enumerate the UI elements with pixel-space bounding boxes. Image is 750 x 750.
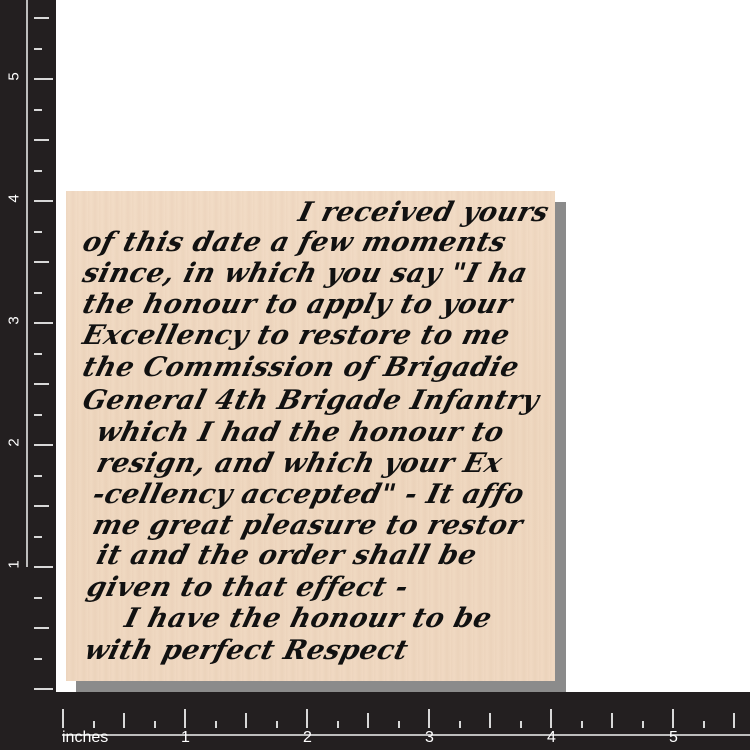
horizontal-ruler-axis [62, 734, 750, 736]
script-line: of this date a few moments [80, 229, 555, 256]
ruler-tick [459, 721, 461, 728]
ruler-tick [34, 200, 53, 202]
ruler-tick [34, 78, 53, 80]
ruler-tick [581, 721, 583, 728]
script-line: the Commission of Brigadie [80, 354, 555, 381]
ruler-tick [34, 231, 42, 233]
wood-stamp-block: I received yours of this date a few mome… [66, 191, 555, 681]
ruler-tick [93, 721, 95, 728]
horizontal-ruler-label: 1 [181, 729, 190, 747]
ruler-tick [34, 566, 53, 568]
ruler-tick [550, 709, 552, 728]
ruler-tick [672, 709, 674, 728]
ruler-tick [34, 414, 42, 416]
script-line: General 4th Brigade Infantry [80, 387, 555, 414]
ruler-tick [642, 721, 644, 728]
ruler-tick [428, 709, 430, 728]
ruler-tick [34, 627, 49, 629]
script-line: with perfect Respect [82, 637, 555, 664]
script-line: given to that effect - [84, 574, 555, 601]
horizontal-ruler-label: 2 [303, 729, 312, 747]
vertical-ruler-axis [26, 0, 28, 567]
ruler-tick [34, 170, 42, 172]
horizontal-ruler: inches 12345 [0, 692, 750, 750]
script-line: since, in which you say "I ha [80, 260, 555, 287]
horizontal-ruler-label: 5 [669, 729, 678, 747]
script-line: I have the honour to be [122, 605, 555, 632]
script-line: which I had the honour to [94, 419, 555, 446]
ruler-tick [306, 709, 308, 728]
ruler-tick [367, 713, 369, 728]
script-line: I received yours [80, 199, 552, 226]
ruler-tick [184, 709, 186, 728]
script-line: the honour to apply to your [80, 291, 555, 318]
ruler-tick [34, 383, 49, 385]
ruler-tick [154, 721, 156, 728]
vertical-ruler-label: 2 [6, 433, 23, 453]
ruler-tick [215, 721, 217, 728]
vertical-ruler: 54321 [0, 0, 56, 692]
ruler-tick [123, 713, 125, 728]
script-line: -cellency accepted" - It affo [90, 481, 555, 508]
ruler-tick [34, 536, 42, 538]
script-line: Excellency to restore to me [80, 322, 555, 349]
vertical-ruler-label: 4 [6, 189, 23, 209]
ruler-tick [489, 713, 491, 728]
ruler-tick [34, 48, 42, 50]
vertical-ruler-label: 3 [6, 311, 23, 331]
script-line: it and the order shall be [94, 542, 555, 569]
script-line: me great pleasure to restor [90, 512, 555, 539]
ruler-tick [34, 322, 53, 324]
ruler-tick [34, 505, 49, 507]
vertical-ruler-label: 5 [6, 67, 23, 87]
ruler-tick [34, 109, 42, 111]
ruler-tick [34, 353, 42, 355]
ruler-tick [34, 139, 49, 141]
ruler-tick [245, 713, 247, 728]
ruler-tick [520, 721, 522, 728]
ruler-tick [703, 721, 705, 728]
ruler-tick [34, 444, 53, 446]
ruler-tick [34, 597, 42, 599]
horizontal-ruler-label: 4 [547, 729, 556, 747]
vertical-ruler-label: 1 [6, 555, 23, 575]
ruler-tick [34, 475, 42, 477]
ruler-tick [733, 713, 735, 728]
ruler-tick [34, 17, 49, 19]
horizontal-ruler-label: 3 [425, 729, 434, 747]
ruler-tick [276, 721, 278, 728]
ruler-tick [34, 292, 42, 294]
ruler-units-label: inches [62, 729, 108, 747]
ruler-tick [337, 721, 339, 728]
ruler-tick [34, 688, 53, 690]
ruler-tick [62, 709, 64, 728]
ruler-tick [611, 713, 613, 728]
ruler-tick [34, 261, 49, 263]
script-line: resign, and which your Ex [94, 450, 555, 477]
ruler-tick [34, 658, 42, 660]
ruler-tick [398, 721, 400, 728]
